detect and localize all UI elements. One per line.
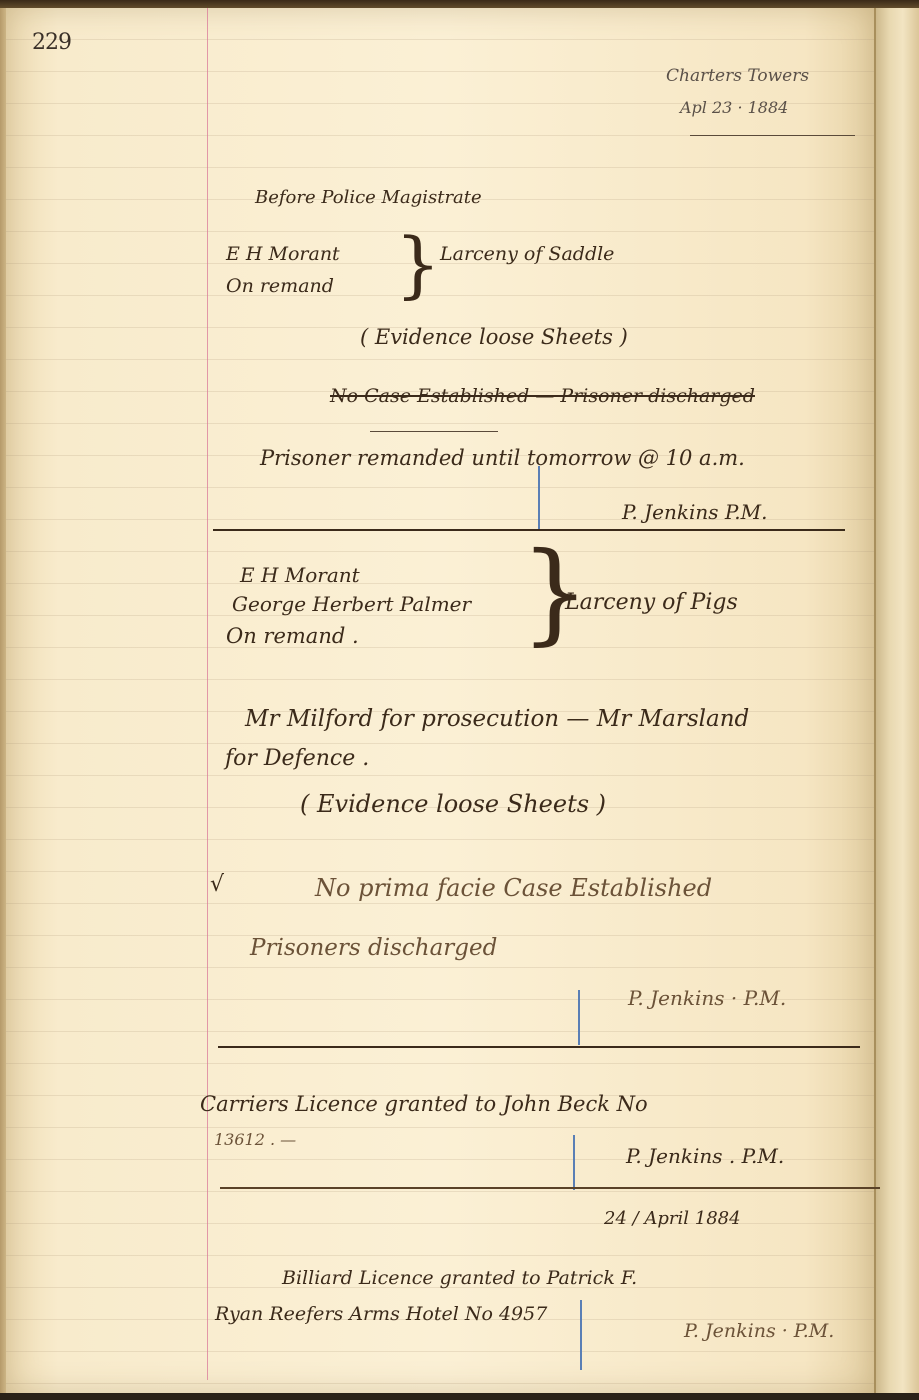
- header-location: Charters Towers: [666, 66, 809, 86]
- second-date: 24 / April 1884: [604, 1208, 741, 1229]
- blue-check-mark: [538, 466, 540, 530]
- billiard-line-1: Billiard Licence granted to Patrick F.: [282, 1267, 637, 1289]
- margin-check-mark: √: [210, 872, 224, 897]
- header-underline: [690, 135, 855, 136]
- entry1-charge: Larceny of Saddle: [440, 243, 614, 265]
- entry2-remand: On remand .: [226, 624, 359, 648]
- page-number: 229: [32, 30, 71, 55]
- billiard-signature: P. Jenkins · P.M.: [684, 1320, 834, 1342]
- entry1-evidence-note: ( Evidence loose Sheets ): [360, 325, 628, 349]
- entry1-brace: }: [395, 222, 441, 306]
- entry1-outcome: Prisoner remanded until tomorrow @ 10 a.…: [260, 446, 745, 470]
- entry3-signature: P. Jenkins . P.M.: [626, 1144, 784, 1168]
- entry1-remand: On remand: [226, 275, 334, 297]
- blue-check-mark: [580, 1300, 582, 1370]
- entry3-number: 13612 . —: [214, 1130, 296, 1149]
- blue-check-mark: [573, 1135, 575, 1190]
- entry2-defendant-2: George Herbert Palmer: [232, 592, 471, 616]
- entry1-defendant: E H Morant: [226, 243, 340, 265]
- entry2-outcome-2: Prisoners discharged: [250, 935, 497, 961]
- entry2-signature: P. Jenkins · P.M.: [628, 986, 786, 1010]
- entry3-text: Carriers Licence granted to John Beck No: [200, 1092, 648, 1116]
- entry2-charge: Larceny of Pigs: [565, 590, 738, 615]
- entry-divider: [220, 1187, 880, 1189]
- entry1-signature: P. Jenkins P.M.: [622, 500, 767, 524]
- entry2-defendant-1: E H Morant: [240, 563, 360, 587]
- entry1-short-rule: [370, 431, 498, 432]
- entry2-outcome-1: No prima facie Case Established: [315, 874, 712, 902]
- entry2-counsel-1: Mr Milford for prosecution — Mr Marsland: [245, 706, 749, 732]
- header-date: Apl 23 · 1884: [680, 98, 788, 117]
- entry2-evidence-note: ( Evidence loose Sheets ): [300, 790, 606, 818]
- margin-rule: [207, 8, 208, 1380]
- court-heading: Before Police Magistrate: [255, 187, 482, 208]
- blue-check-mark: [578, 990, 580, 1045]
- ledger-page: [6, 8, 874, 1393]
- entry-divider: [218, 1046, 860, 1048]
- entry1-struck-text: No Case Established — Prisoner discharge…: [330, 385, 755, 407]
- billiard-line-2: Ryan Reefers Arms Hotel No 4957: [215, 1303, 547, 1325]
- entry2-counsel-2: for Defence .: [225, 746, 369, 771]
- facing-page-edge: [874, 8, 919, 1393]
